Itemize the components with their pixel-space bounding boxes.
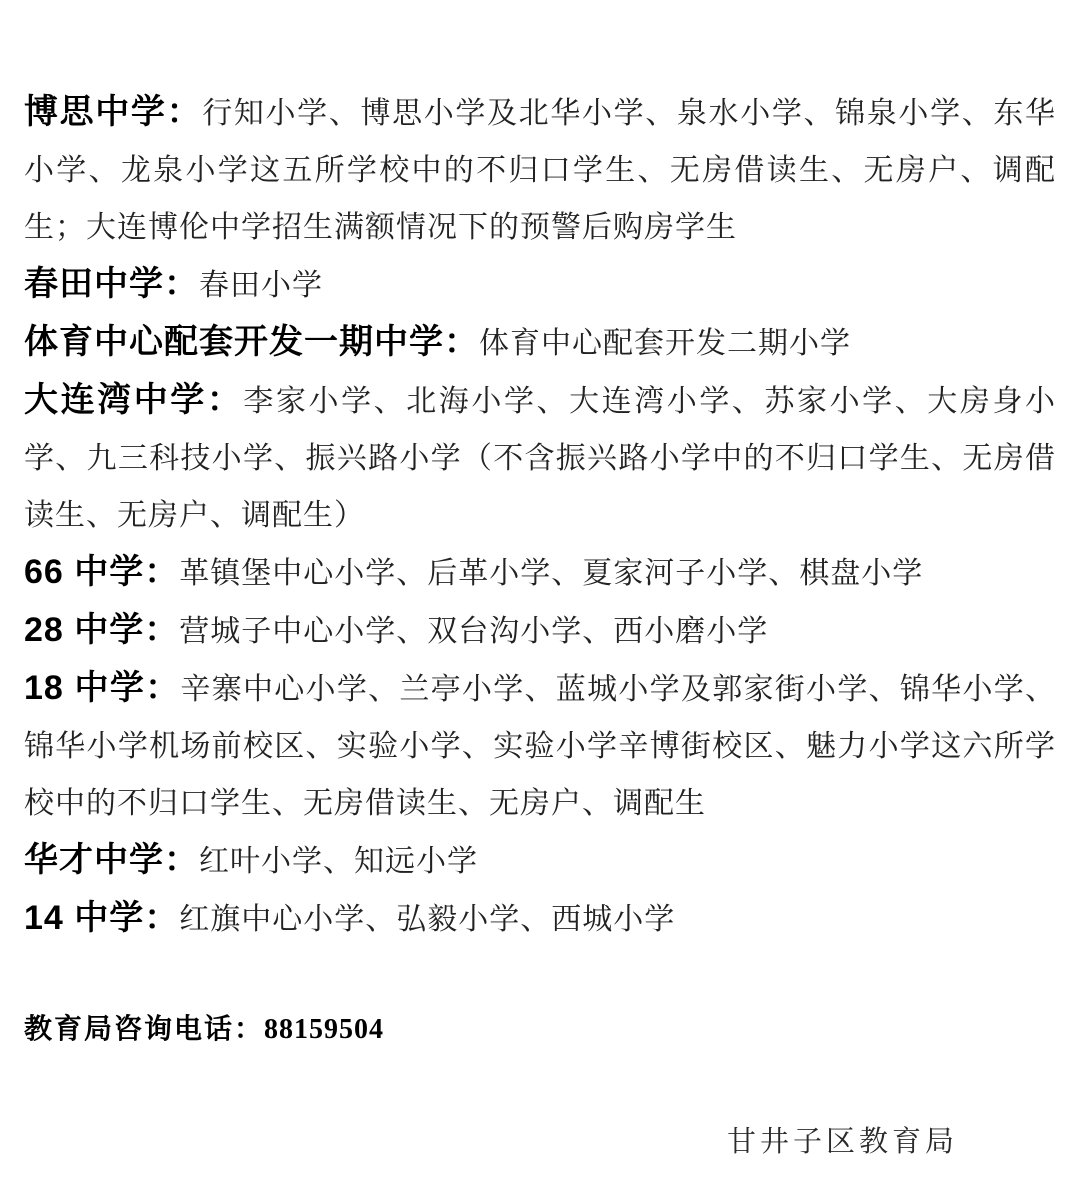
school-entry-dalianwan: 大连湾中学：李家小学、北海小学、大连湾小学、苏家小学、大房身小学、九三科技小学、…: [24, 372, 1056, 544]
middle-school-name: 华才中学：: [24, 841, 199, 879]
middle-school-name: 博思中学：: [24, 93, 202, 131]
middle-school-name: 14 中学：: [24, 899, 179, 937]
middle-school-name: 66 中学：: [24, 553, 179, 591]
feeder-schools: 春田小学: [199, 269, 323, 302]
hotline-number: 88159504: [264, 1014, 384, 1045]
school-entry-no18: 18 中学：辛寨中心小学、兰亭小学、蓝城小学及郭家街小学、锦华小学、锦华小学机场…: [24, 660, 1056, 832]
middle-school-name: 18 中学：: [24, 669, 180, 707]
feeder-schools: 革镇堡中心小学、后革小学、夏家河子小学、棋盘小学: [179, 557, 923, 590]
document-page: 博思中学：行知小学、博思小学及北华小学、泉水小学、锦泉小学、东华小学、龙泉小学这…: [0, 0, 1080, 1198]
middle-school-name: 体育中心配套开发一期中学：: [24, 323, 479, 361]
middle-school-name: 28 中学：: [24, 611, 179, 649]
school-entry-huacai: 华才中学：红叶小学、知远小学: [24, 832, 1056, 890]
school-entry-sports-center: 体育中心配套开发一期中学：体育中心配套开发二期小学: [24, 314, 1056, 372]
feeder-schools: 体育中心配套开发二期小学: [479, 327, 851, 360]
school-entry-no28: 28 中学：营城子中心小学、双台沟小学、西小磨小学: [24, 602, 1056, 660]
hotline-label: 教育局咨询电话：: [24, 1014, 264, 1045]
school-entry-chuntian: 春田中学：春田小学: [24, 256, 1056, 314]
middle-school-name: 春田中学：: [24, 265, 199, 303]
school-assignment-list: 博思中学：行知小学、博思小学及北华小学、泉水小学、锦泉小学、东华小学、龙泉小学这…: [24, 84, 1056, 948]
feeder-schools: 红叶小学、知远小学: [199, 845, 478, 878]
school-entry-no66: 66 中学：革镇堡中心小学、后革小学、夏家河子小学、棋盘小学: [24, 544, 1056, 602]
signature: 甘井子区教育局: [24, 1122, 1056, 1162]
hotline-line: 教育局咨询电话：88159504: [24, 1010, 1056, 1050]
school-entry-no14: 14 中学：红旗中心小学、弘毅小学、西城小学: [24, 890, 1056, 948]
feeder-schools: 营城子中心小学、双台沟小学、西小磨小学: [179, 615, 768, 648]
feeder-schools: 红旗中心小学、弘毅小学、西城小学: [179, 903, 675, 936]
school-entry-bosi: 博思中学：行知小学、博思小学及北华小学、泉水小学、锦泉小学、东华小学、龙泉小学这…: [24, 84, 1056, 256]
middle-school-name: 大连湾中学：: [24, 381, 243, 419]
